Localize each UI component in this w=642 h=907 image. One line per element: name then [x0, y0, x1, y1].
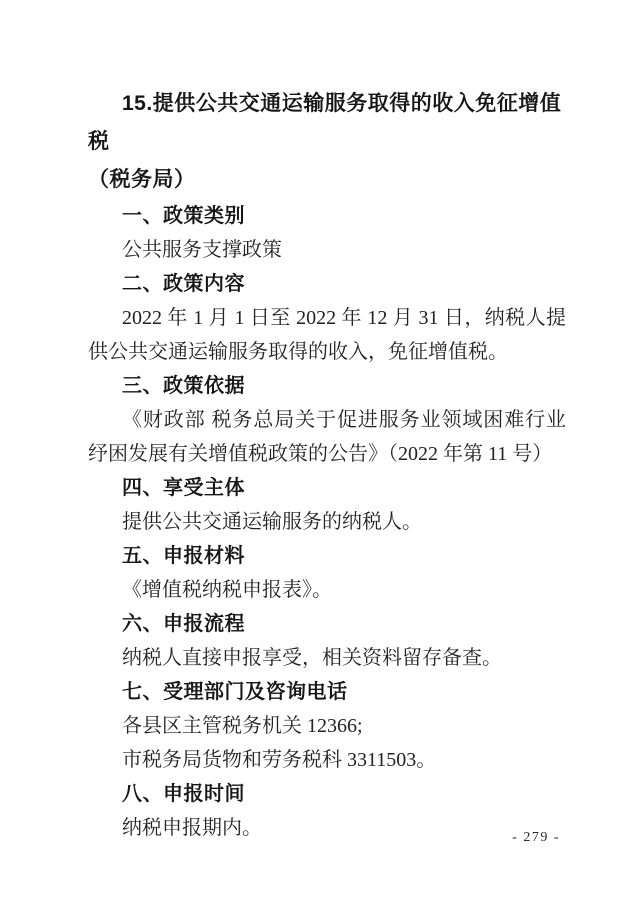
- paragraph-policy-content: 2022 年 1 月 1 日至 2022 年 12 月 31 日，纳税人提供公共…: [88, 301, 566, 369]
- section-heading-filing-materials: 五、申报材料: [88, 539, 566, 573]
- section-heading-filing-process: 六、申报流程: [88, 607, 566, 641]
- section-policy-basis: 三、政策依据 《财政部 税务总局关于促进服务业领域困难行业纾困发展有关增值税政策…: [88, 369, 566, 471]
- paragraph-filing-process: 纳税人直接申报享受，相关资料留存备查。: [88, 641, 566, 675]
- title-line-2: （税务局）: [88, 161, 566, 199]
- paragraph-policy-category: 公共服务支撑政策: [88, 233, 566, 267]
- section-heading-beneficiary: 四、享受主体: [88, 471, 566, 505]
- section-policy-category: 一、政策类别 公共服务支撑政策: [88, 199, 566, 267]
- paragraph-beneficiary: 提供公共交通运输服务的纳税人。: [88, 505, 566, 539]
- page-number: - 279 -: [512, 830, 560, 846]
- paragraph-county-tax-authority-phone: 各县区主管税务机关 12366;: [88, 709, 566, 743]
- paragraph-filing-materials: 《增值税纳税申报表》。: [88, 573, 566, 607]
- document-title: 15.提供公共交通运输服务取得的收入免征增值税 （税务局）: [88, 85, 566, 199]
- section-filing-time: 八、申报时间 纳税申报期内。: [88, 777, 566, 845]
- section-heading-policy-category: 一、政策类别: [88, 199, 566, 233]
- section-heading-filing-time: 八、申报时间: [88, 777, 566, 811]
- section-heading-policy-content: 二、政策内容: [88, 267, 566, 301]
- section-heading-accepting-department: 七、受理部门及咨询电话: [88, 675, 566, 709]
- section-policy-content: 二、政策内容 2022 年 1 月 1 日至 2022 年 12 月 31 日，…: [88, 267, 566, 369]
- paragraph-filing-time: 纳税申报期内。: [88, 811, 566, 845]
- document-page: 15.提供公共交通运输服务取得的收入免征增值税 （税务局） 一、政策类别 公共服…: [0, 0, 642, 907]
- section-filing-process: 六、申报流程 纳税人直接申报享受，相关资料留存备查。: [88, 607, 566, 675]
- document-content: 15.提供公共交通运输服务取得的收入免征增值税 （税务局） 一、政策类别 公共服…: [88, 85, 566, 845]
- section-accepting-department: 七、受理部门及咨询电话 各县区主管税务机关 12366; 市税务局货物和劳务税科…: [88, 675, 566, 777]
- title-line-1: 15.提供公共交通运输服务取得的收入免征增值税: [88, 85, 566, 161]
- paragraph-city-tax-bureau-phone: 市税务局货物和劳务税科 3311503。: [88, 743, 566, 777]
- section-filing-materials: 五、申报材料 《增值税纳税申报表》。: [88, 539, 566, 607]
- section-heading-policy-basis: 三、政策依据: [88, 369, 566, 403]
- section-beneficiary: 四、享受主体 提供公共交通运输服务的纳税人。: [88, 471, 566, 539]
- paragraph-policy-basis: 《财政部 税务总局关于促进服务业领域困难行业纾困发展有关增值税政策的公告》（20…: [88, 403, 566, 471]
